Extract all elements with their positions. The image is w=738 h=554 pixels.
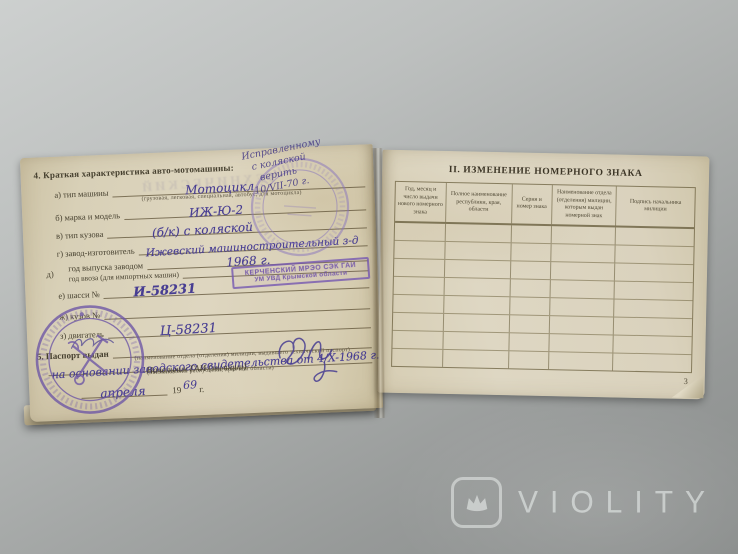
handwritten-value: Ц-58231	[160, 321, 218, 339]
table-cell	[443, 332, 509, 350]
crown-icon	[451, 477, 502, 528]
violity-watermark: VIOLITY	[451, 477, 717, 528]
table-cell	[616, 245, 694, 264]
table-cell	[549, 334, 614, 352]
chief-signature	[265, 327, 355, 392]
handwritten-value: ИЖ-Ю-2	[189, 203, 244, 220]
table-cell	[510, 297, 551, 315]
table-cell	[615, 263, 693, 282]
table-cell	[614, 335, 692, 354]
table-cell	[446, 224, 512, 242]
photo-backdrop: ТЕХНИЧЕСКИЙ 4. Краткая характеристика ав…	[0, 0, 738, 554]
table-cell	[551, 262, 616, 280]
column-header: Серия и номер знака	[512, 184, 553, 224]
column-header: Полное наименование республики, края, об…	[446, 183, 513, 223]
table-cell	[550, 280, 615, 298]
table-header-row: Год, месяц и число выдачи нового номерно…	[395, 182, 695, 229]
table-cell	[615, 281, 693, 300]
table-cell	[392, 331, 443, 349]
passport-right-page: II. ИЗМЕНЕНИЕ НОМЕРНОГО ЗНАКА Год, месяц…	[377, 150, 709, 400]
table-cell	[443, 350, 509, 368]
table-cell	[509, 333, 550, 351]
table-cell	[445, 242, 511, 260]
field-group-letter: д)	[46, 269, 54, 279]
handwritten-value: И-58231	[132, 282, 196, 301]
field-label: ж) кузов №	[59, 310, 104, 322]
watermark-brand-text: VIOLITY	[518, 485, 717, 521]
table-cell	[511, 225, 552, 243]
date-century: 19	[172, 385, 181, 395]
table-cell	[444, 278, 510, 296]
column-header: Наименование отдела (отделения) милиции,…	[552, 185, 617, 225]
date-suffix: г.	[199, 384, 204, 394]
table-cell	[549, 352, 614, 370]
field-label: в) тип кузова	[56, 229, 108, 241]
field-label: а) тип машины	[54, 188, 112, 200]
field-label: е) шасси №	[58, 289, 104, 301]
table-cell	[395, 223, 446, 241]
table-cell	[550, 298, 615, 316]
table-cell	[444, 314, 510, 332]
table-cell	[393, 313, 444, 331]
handwritten-year: 69	[183, 378, 198, 392]
table-cell	[394, 241, 445, 259]
number-plate-change-table: Год, месяц и число выдачи нового номерно…	[391, 181, 696, 373]
field-line: апреля	[81, 382, 167, 398]
table-cell	[393, 295, 444, 313]
table-cell	[552, 226, 617, 244]
table-cell	[509, 351, 550, 369]
table-cell	[444, 296, 510, 314]
table-cell	[510, 279, 551, 297]
page-number: 3	[683, 376, 687, 386]
table-cell	[445, 260, 511, 278]
field-label: г) завод-изготовитель	[57, 245, 139, 258]
column-header: Год, месяц и число выдачи нового номерно…	[395, 182, 447, 222]
section2-heading: II. ИЗМЕНЕНИЕ НОМЕРНОГО ЗНАКА	[382, 164, 709, 181]
column-header: Подпись начальника милиции	[616, 187, 695, 227]
table-cell	[613, 353, 691, 372]
table-cell	[550, 316, 615, 334]
handwritten-month: апреля	[100, 384, 146, 401]
table-cell	[614, 317, 692, 336]
table-cell	[392, 349, 443, 367]
field-label: б) марка и модель	[55, 210, 124, 223]
table-cell	[616, 227, 694, 246]
table-cell	[509, 315, 550, 333]
table-cell	[551, 244, 616, 262]
table-body	[392, 223, 694, 372]
passport-left-page: ТЕХНИЧЕСКИЙ 4. Краткая характеристика ав…	[20, 144, 383, 422]
table-cell	[511, 261, 552, 279]
crown-icon-glyph	[464, 492, 490, 514]
table-cell	[511, 243, 552, 261]
clerk-initials-signature	[67, 330, 128, 354]
table-cell	[614, 299, 692, 318]
table-cell	[394, 277, 445, 295]
table-cell	[394, 259, 445, 277]
